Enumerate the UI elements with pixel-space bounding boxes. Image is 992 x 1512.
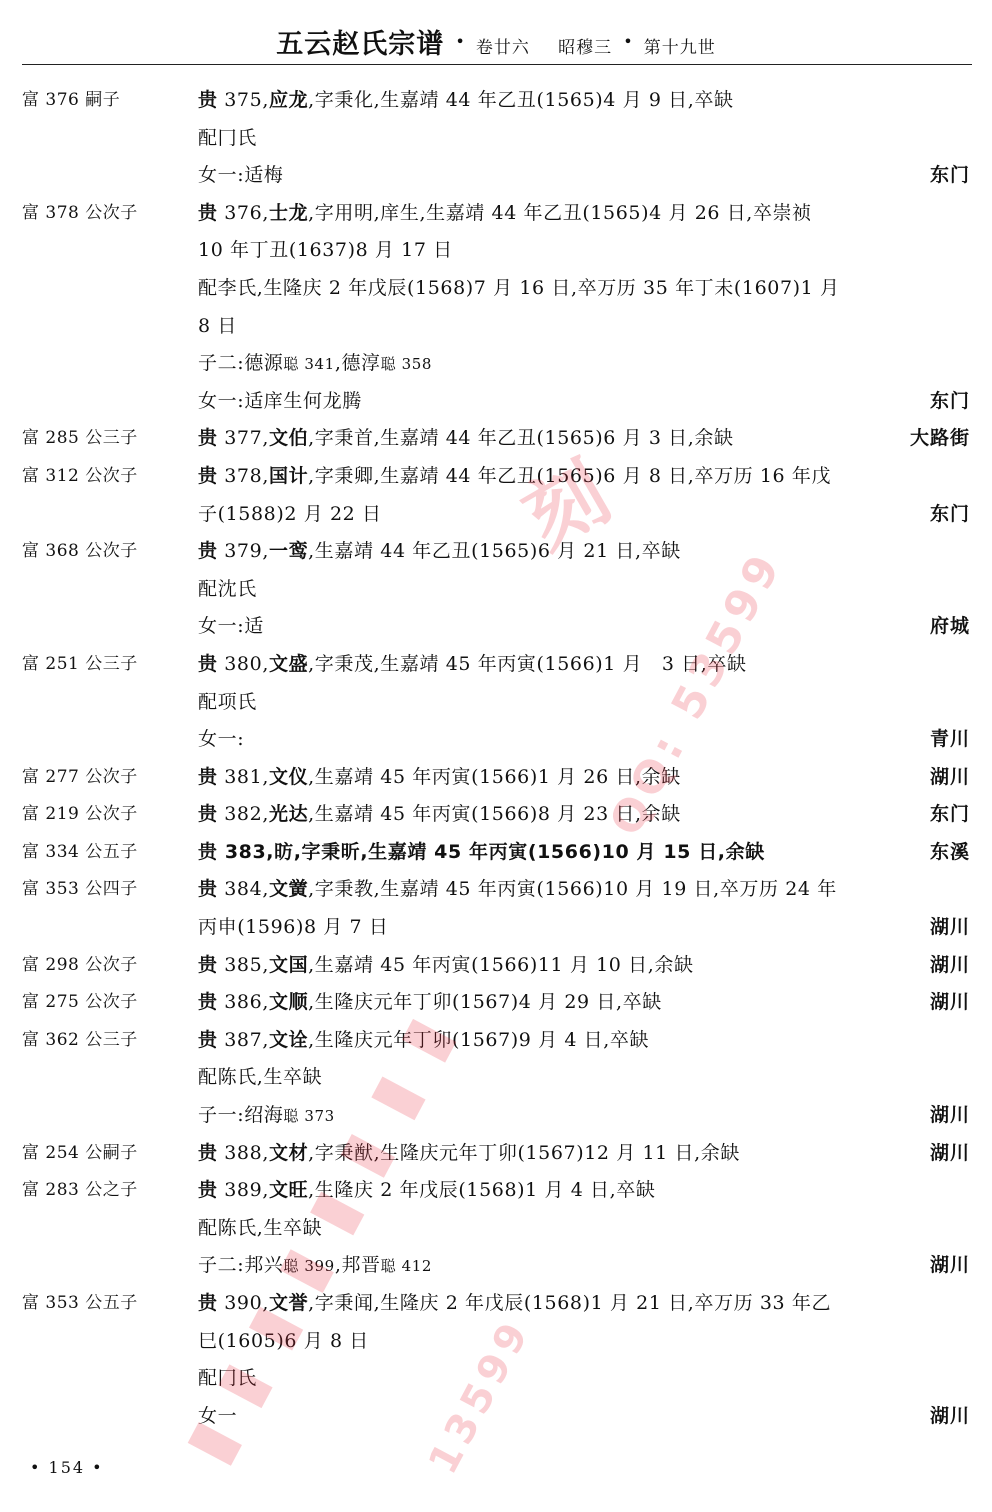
entry-number: 女一 — [198, 1405, 237, 1427]
entry-line: 富 362 公三子贵 387,文诠,生隆庆元年丁卯(1567)9 月 4 日,卒… — [0, 1022, 992, 1060]
entry-details: ,生嘉靖 44 年乙丑(1565)6 月 21 日,卒缺 — [308, 540, 681, 562]
residence-place: 府城 — [930, 608, 970, 646]
entry-line: 富 277 公次子贵 381,文仪,生嘉靖 45 年丙寅(1566)1 月 26… — [0, 759, 992, 797]
lineage-ref: 富 334 公五子 — [22, 834, 138, 872]
person-name: 光达 — [269, 803, 308, 825]
entry-number: 配李氏,生隆庆 2 年戊辰(1568)7 月 16 日,卒万历 35 年丁未(1… — [198, 277, 840, 299]
entry-details: ,字秉化,生嘉靖 44 年乙丑(1565)4 月 9 日,卒缺 — [308, 89, 733, 111]
entry-text: 女一:适 — [198, 608, 264, 646]
entry-line: 配陈氏,生卒缺 — [0, 1059, 992, 1097]
entry-number: 377, — [218, 427, 269, 449]
entry-line: 女一:适梅东门 — [0, 157, 992, 195]
entry-line: 子二:德源聪 341,德淳聪 358 — [0, 345, 992, 383]
entry-text: 女一: — [198, 721, 244, 759]
entry-text: 配陈氏,生卒缺 — [198, 1059, 322, 1097]
generation-char: 贵 — [198, 878, 218, 900]
entry-number: 子二:德源 — [198, 352, 283, 374]
entry-details: ,生隆庆 2 年戊辰(1568)1 月 4 日,卒缺 — [308, 1179, 655, 1201]
entry-text: 子一:绍海聪 373 — [198, 1097, 335, 1136]
entry-line: 富 283 公之子贵 389,文旺,生隆庆 2 年戊辰(1568)1 月 4 日… — [0, 1172, 992, 1210]
entry-line: 女一:适庠生何龙腾东门 — [0, 383, 992, 421]
entry-line: 配陈氏,生卒缺 — [0, 1210, 992, 1248]
residence-place: 湖川 — [930, 1135, 970, 1173]
entry-details: ,生嘉靖 45 年丙寅(1566)8 月 23 日,余缺 — [308, 803, 681, 825]
person-name: 昉,字秉昕,生嘉靖 — [274, 841, 427, 863]
volume-label: 卷廿六 — [476, 38, 530, 58]
generation-char: 贵 — [198, 1292, 218, 1314]
entry-line: 8 日 — [0, 308, 992, 346]
entry-text: 贵 384,文黉,字秉教,生嘉靖 45 年丙寅(1566)10 月 19 日,卒… — [198, 871, 837, 909]
entry-line: 富 312 公次子贵 378,国计,字秉卿,生嘉靖 44 年乙丑(1565)6 … — [0, 458, 992, 496]
entry-number: 女一: — [198, 728, 244, 750]
entry-details: ,字秉首,生嘉靖 44 年乙丑(1565)6 月 3 日,余缺 — [308, 427, 733, 449]
entry-number: 387, — [218, 1029, 269, 1051]
entry-text: 子二:德源聪 341,德淳聪 358 — [198, 345, 432, 384]
entry-line: 女一:适府城 — [0, 608, 992, 646]
entry-number: 375, — [218, 89, 269, 111]
entry-details: ,字秉教,生嘉靖 45 年丙寅(1566)10 月 19 日,卒万历 24 年 — [308, 878, 837, 900]
entry-text: 贵 379,一鸾,生嘉靖 44 年乙丑(1565)6 月 21 日,卒缺 — [198, 533, 681, 571]
entry-number: 女一:适庠生何龙腾 — [198, 390, 362, 412]
residence-place: 湖川 — [930, 909, 970, 947]
entry-text: 配项氏 — [198, 684, 257, 722]
entry-line: 富 353 公四子贵 384,文黉,字秉教,生嘉靖 45 年丙寅(1566)10… — [0, 871, 992, 909]
residence-place: 湖川 — [930, 947, 970, 985]
generation-char: 贵 — [198, 89, 218, 111]
entry-details: ,生嘉靖 45 年丙寅(1566)11 月 10 日,余缺 — [308, 954, 693, 976]
entry-number: 女一:适梅 — [198, 164, 283, 186]
entry-text: 丙申(1596)8 月 7 日 — [198, 909, 388, 947]
entry-number: 388, — [218, 1142, 269, 1164]
entry-details: ,字秉茂,生嘉靖 45 年丙寅(1566)1 月 3 日,卒缺 — [308, 653, 746, 675]
residence-place: 东门 — [930, 157, 970, 195]
residence-place: 湖川 — [930, 1247, 970, 1285]
entry-line: 子(1588)2 月 22 日东门 — [0, 496, 992, 534]
residence-place: 东溪 — [930, 834, 970, 872]
entry-text: 10 年丁丑(1637)8 月 17 日 — [198, 232, 453, 270]
entry-line: 富 378 公次子贵 376,士龙,字用明,庠生,生嘉靖 44 年乙丑(1565… — [0, 195, 992, 233]
entry-text: 贵 386,文顺,生隆庆元年丁卯(1567)4 月 29 日,卒缺 — [198, 984, 662, 1022]
entry-line: 富 254 公嗣子贵 388,文材,字秉猷,生隆庆元年丁卯(1567)12 月 … — [0, 1135, 992, 1173]
entry-text: 贵 375,应龙,字秉化,生嘉靖 44 年乙丑(1565)4 月 9 日,卒缺 — [198, 82, 734, 120]
generation-char: 贵 — [198, 766, 218, 788]
entry-line: 配冂氏 — [0, 1360, 992, 1398]
entry-number: 383, — [218, 841, 275, 863]
entry-text: 巳(1605)6 月 8 日 — [198, 1323, 369, 1361]
entry-number: 子二:邦兴 — [198, 1254, 283, 1276]
person-name: 文诠 — [269, 1029, 308, 1051]
entry-text: 贵 388,文材,字秉猷,生隆庆元年丁卯(1567)12 月 11 日,余缺 — [198, 1135, 740, 1173]
generation-char: 贵 — [198, 841, 218, 863]
person-name: 文材 — [269, 1142, 308, 1164]
entry-line: 富 298 公次子贵 385,文国,生嘉靖 45 年丙寅(1566)11 月 1… — [0, 947, 992, 985]
person-name: 文顺 — [269, 991, 308, 1013]
entry-details: ,生嘉靖 45 年丙寅(1566)1 月 26 日,余缺 — [308, 766, 681, 788]
lineage-ref: 富 298 公次子 — [22, 947, 138, 985]
lineage-ref: 富 376 嗣子 — [22, 82, 120, 120]
entry-number: 配冂氏 — [198, 127, 257, 149]
entry-text: 女一:适梅 — [198, 157, 283, 195]
generation-char: 贵 — [198, 1029, 218, 1051]
lineage-ref: 富 285 公三子 — [22, 420, 138, 458]
entry-number: 378, — [218, 465, 269, 487]
entry-number: 385, — [218, 954, 269, 976]
person-name: 文旺 — [269, 1179, 308, 1201]
residence-place: 湖川 — [930, 759, 970, 797]
entry-number: 386, — [218, 991, 269, 1013]
entry-text: 贵 382,光达,生嘉靖 45 年丙寅(1566)8 月 23 日,余缺 — [198, 796, 681, 834]
entry-details: ,字秉卿,生嘉靖 44 年乙丑(1565)6 月 8 日,卒万历 16 年戊 — [308, 465, 831, 487]
entry-details: ,字用明,庠生,生嘉靖 44 年乙丑(1565)4 月 26 日,卒崇祯 — [308, 202, 812, 224]
page-number: • 154 • — [30, 1458, 104, 1477]
person-name: 一鸾 — [269, 540, 308, 562]
entry-number: 384, — [218, 878, 269, 900]
child-ref: 聪 373 — [283, 1107, 334, 1125]
lineage-ref: 富 251 公三子 — [22, 646, 138, 684]
entry-line: 配沈氏 — [0, 571, 992, 609]
lineage-ref: 富 254 公嗣子 — [22, 1135, 138, 1173]
person-name: 文盛 — [269, 653, 308, 675]
residence-place: 大路街 — [910, 420, 970, 458]
entry-text: 配陈氏,生卒缺 — [198, 1210, 322, 1248]
child-name: ,邦晋 — [335, 1254, 381, 1276]
generation-char: 贵 — [198, 1179, 218, 1201]
entry-line: 巳(1605)6 月 8 日 — [0, 1323, 992, 1361]
entry-number: 376, — [218, 202, 269, 224]
entry-number: 女一:适 — [198, 615, 264, 637]
generation-char: 贵 — [198, 991, 218, 1013]
lineage-ref: 富 219 公次子 — [22, 796, 138, 834]
entry-line: 配李氏,生隆庆 2 年戊辰(1568)7 月 16 日,卒万历 35 年丁未(1… — [0, 270, 992, 308]
residence-place: 青川 — [930, 721, 970, 759]
entry-number: 8 日 — [198, 315, 237, 337]
lineage-ref: 富 378 公次子 — [22, 195, 138, 233]
child-name: ,德淳 — [335, 352, 381, 374]
entry-line: 富 219 公次子贵 382,光达,生嘉靖 45 年丙寅(1566)8 月 23… — [0, 796, 992, 834]
person-name: 文仪 — [269, 766, 308, 788]
entry-text: 女一:适庠生何龙腾 — [198, 383, 362, 421]
lineage-ref: 富 368 公次子 — [22, 533, 138, 571]
entry-number: 379, — [218, 540, 269, 562]
generation-char: 贵 — [198, 465, 218, 487]
entry-line: 配项氏 — [0, 684, 992, 722]
person-name: 文国 — [269, 954, 308, 976]
generation-char: 贵 — [198, 1142, 218, 1164]
entry-text: 贵 390,文誉,字秉闻,生隆庆 2 年戊辰(1568)1 月 21 日,卒万历… — [198, 1285, 831, 1323]
child-ref: 聪 412 — [381, 1257, 432, 1275]
lineage-ref: 富 312 公次子 — [22, 458, 138, 496]
generation-char: 贵 — [198, 803, 218, 825]
residence-place: 湖川 — [930, 984, 970, 1022]
entry-details: ,字秉猷,生隆庆元年丁卯(1567)12 月 11 日,余缺 — [308, 1142, 740, 1164]
section-label: 昭穆三 — [558, 38, 612, 58]
header-separator: • — [623, 32, 632, 51]
entry-line: 配冂氏 — [0, 120, 992, 158]
entry-number: 配项氏 — [198, 691, 257, 713]
entry-line: 丙申(1596)8 月 7 日湖川 — [0, 909, 992, 947]
generation-char: 贵 — [198, 954, 218, 976]
entry-number: 382, — [218, 803, 269, 825]
generation-char: 贵 — [198, 540, 218, 562]
person-name: 文伯 — [269, 427, 308, 449]
entry-number: 389, — [218, 1179, 269, 1201]
entry-number: 390, — [218, 1292, 269, 1314]
entry-line: 子二:邦兴聪 399,邦晋聪 412湖川 — [0, 1247, 992, 1285]
entry-details: ,字秉闻,生隆庆 2 年戊辰(1568)1 月 21 日,卒万历 33 年乙 — [308, 1292, 831, 1314]
generation-char: 贵 — [198, 653, 218, 675]
entry-details: ,生隆庆元年丁卯(1567)9 月 4 日,卒缺 — [308, 1029, 649, 1051]
entry-number: 381, — [218, 766, 269, 788]
generation-label: 第十九世 — [644, 38, 716, 58]
entry-line: 富 353 公五子贵 390,文誉,字秉闻,生隆庆 2 年戊辰(1568)1 月… — [0, 1285, 992, 1323]
lineage-ref: 富 353 公五子 — [22, 1285, 138, 1323]
child-ref: 聪 399 — [283, 1257, 334, 1275]
entry-text: 贵 377,文伯,字秉首,生嘉靖 44 年乙丑(1565)6 月 3 日,余缺 — [198, 420, 734, 458]
entry-text: 贵 389,文旺,生隆庆 2 年戊辰(1568)1 月 4 日,卒缺 — [198, 1172, 656, 1210]
person-name: 士龙 — [269, 202, 308, 224]
entry-number: 10 年丁丑(1637)8 月 17 日 — [198, 239, 453, 261]
residence-place: 湖川 — [930, 1097, 970, 1135]
entry-text: 配冂氏 — [198, 1360, 257, 1398]
entry-text: 贵 385,文国,生嘉靖 45 年丙寅(1566)11 月 10 日,余缺 — [198, 947, 694, 985]
residence-place: 东门 — [930, 496, 970, 534]
entry-line: 富 368 公次子贵 379,一鸾,生嘉靖 44 年乙丑(1565)6 月 21… — [0, 533, 992, 571]
lineage-ref: 富 353 公四子 — [22, 871, 138, 909]
child-ref: 聪 341 — [283, 355, 334, 373]
entry-number: 丙申(1596)8 月 7 日 — [198, 916, 388, 938]
person-name: 文誉 — [269, 1292, 308, 1314]
entry-text: 贵 387,文诠,生隆庆元年丁卯(1567)9 月 4 日,卒缺 — [198, 1022, 649, 1060]
entry-text: 子二:邦兴聪 399,邦晋聪 412 — [198, 1247, 432, 1286]
lineage-ref: 富 277 公次子 — [22, 759, 138, 797]
entry-number: 子一:绍海 — [198, 1104, 283, 1126]
entry-text: 配冂氏 — [198, 120, 257, 158]
entry-number: 配陈氏,生卒缺 — [198, 1066, 322, 1088]
entry-line: 10 年丁丑(1637)8 月 17 日 — [0, 232, 992, 270]
lineage-ref: 富 283 公之子 — [22, 1172, 138, 1210]
page-header: 五云赵氏宗谱 • 卷廿六 昭穆三 • 第十九世 — [0, 22, 992, 62]
person-name: 应龙 — [269, 89, 308, 111]
entry-number: 子(1588)2 月 22 日 — [198, 503, 382, 525]
entry-text: 贵 380,文盛,字秉茂,生嘉靖 45 年丙寅(1566)1 月 3 日,卒缺 — [198, 646, 747, 684]
person-name: 国计 — [269, 465, 308, 487]
entry-text: 贵 376,士龙,字用明,庠生,生嘉靖 44 年乙丑(1565)4 月 26 日… — [198, 195, 812, 233]
entry-text: 8 日 — [198, 308, 237, 346]
header-rule — [22, 64, 972, 65]
entry-line: 子一:绍海聪 373湖川 — [0, 1097, 992, 1135]
person-name: 文黉 — [269, 878, 308, 900]
entry-text: 贵 378,国计,字秉卿,生嘉靖 44 年乙丑(1565)6 月 8 日,卒万历… — [198, 458, 831, 496]
book-title: 五云赵氏宗谱 — [276, 29, 444, 60]
entry-number: 配陈氏,生卒缺 — [198, 1217, 322, 1239]
entry-number: 配冂氏 — [198, 1367, 257, 1389]
entry-details: 45 年丙寅(1566)10 月 15 日,余缺 — [427, 841, 765, 863]
generation-char: 贵 — [198, 427, 218, 449]
child-ref: 聪 358 — [381, 355, 432, 373]
lineage-ref: 富 275 公次子 — [22, 984, 138, 1022]
entry-details: ,生隆庆元年丁卯(1567)4 月 29 日,卒缺 — [308, 991, 662, 1013]
entry-text: 子(1588)2 月 22 日 — [198, 496, 382, 534]
entry-line: 富 275 公次子贵 386,文顺,生隆庆元年丁卯(1567)4 月 29 日,… — [0, 984, 992, 1022]
entry-text: 配沈氏 — [198, 571, 257, 609]
generation-char: 贵 — [198, 202, 218, 224]
entry-text: 配李氏,生隆庆 2 年戊辰(1568)7 月 16 日,卒万历 35 年丁未(1… — [198, 270, 840, 308]
entry-number: 配沈氏 — [198, 578, 257, 600]
lineage-ref: 富 362 公三子 — [22, 1022, 138, 1060]
residence-place: 东门 — [930, 383, 970, 421]
entry-line: 富 376 嗣子贵 375,应龙,字秉化,生嘉靖 44 年乙丑(1565)4 月… — [0, 82, 992, 120]
entry-text: 女一 — [198, 1398, 237, 1436]
entry-line: 富 334 公五子贵 383,昉,字秉昕,生嘉靖 45 年丙寅(1566)10 … — [0, 834, 992, 872]
entry-number: 380, — [218, 653, 269, 675]
entry-text: 贵 383,昉,字秉昕,生嘉靖 45 年丙寅(1566)10 月 15 日,余缺 — [198, 834, 765, 872]
entry-text: 贵 381,文仪,生嘉靖 45 年丙寅(1566)1 月 26 日,余缺 — [198, 759, 681, 797]
entry-line: 富 285 公三子贵 377,文伯,字秉首,生嘉靖 44 年乙丑(1565)6 … — [0, 420, 992, 458]
residence-place: 东门 — [930, 796, 970, 834]
entry-number: 巳(1605)6 月 8 日 — [198, 1330, 369, 1352]
entry-line: 女一湖川 — [0, 1398, 992, 1436]
genealogy-entries: 富 376 嗣子贵 375,应龙,字秉化,生嘉靖 44 年乙丑(1565)4 月… — [0, 82, 992, 1435]
entry-line: 富 251 公三子贵 380,文盛,字秉茂,生嘉靖 45 年丙寅(1566)1 … — [0, 646, 992, 684]
residence-place: 湖川 — [930, 1398, 970, 1436]
header-separator: • — [455, 32, 464, 51]
entry-line: 女一:青川 — [0, 721, 992, 759]
